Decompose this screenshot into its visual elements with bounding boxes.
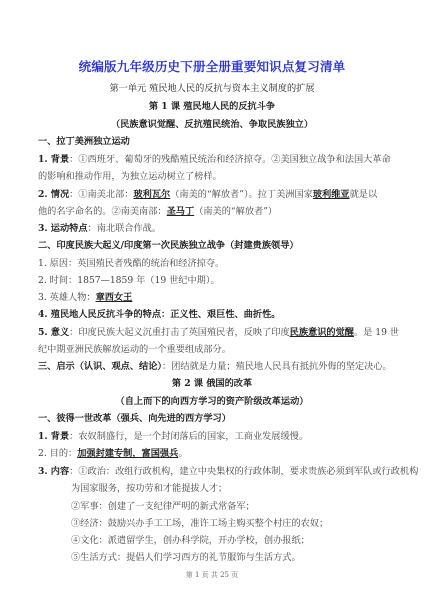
- text-situation-a: ：①南美北部：: [69, 189, 133, 200]
- label-features: 3. 运动特点: [38, 223, 88, 234]
- paragraph-inspiration: 三、启示（认识、观点、结论）：团结就是力量；殖民地人民具有抵抗外侮的坚定决心。: [38, 358, 392, 372]
- document-title: 统编版九年级历史下册全册重要知识点复习清单: [0, 57, 424, 75]
- lesson1-heading: 第 1 课 殖民地人民的反抗斗争: [0, 98, 424, 112]
- label-situation: 2. 情况: [38, 189, 69, 200]
- text-peter-economy: ③经济：鼓励兴办手工工场，准许工场主购买整个村庄的农奴；: [71, 515, 328, 529]
- text-peter-lifestyle: ⑤生活方式：提倡人们学习西方的礼节服饰与生活方式。: [71, 549, 301, 563]
- section-heading-peter: 一、彼得一世改革（强兵、向先进的西方学习）: [38, 410, 231, 424]
- text-peter-politics-b: 为国家服务，按功劳和才能提拔人才；: [71, 480, 227, 494]
- paragraph-situation-cont: 他的名字命名的。②南美南部：圣马丁（南美的“解放者”）: [38, 203, 277, 217]
- label-inspiration: 三、启示（认识、观点、结论）: [38, 361, 162, 372]
- text-india-hero: 3. 英雄人物：: [38, 292, 96, 303]
- text-significance-b: 。是 19 世: [354, 327, 399, 338]
- highlight-national-awakening: 民族意识的觉醒: [290, 327, 354, 338]
- document-page: 统编版九年级历史下册全册重要知识点复习清单 第一单元 殖民地人民的反抗与资本主义…: [0, 0, 424, 600]
- label-peter-content: 3. 内容: [38, 466, 69, 477]
- text-significance-c: 纪中期亚洲民族解放运动的一个重要组成部分。: [38, 341, 231, 355]
- lesson2-heading: 第 2 课 俄国的改革: [0, 375, 424, 389]
- paragraph-background: 1. 背景：①西班牙、葡萄牙的残酷殖民统治和经济掠夺。②美国独立战争和法国大革命: [38, 151, 391, 165]
- text-india-cause: 1. 原因：英国殖民者残酷的统治和经济掠夺。: [38, 255, 224, 269]
- name-bolivia: 玻利维亚: [313, 189, 350, 200]
- text-india-time: 2. 时间：1857—1859 年（19 世纪中期）。: [38, 272, 220, 286]
- paragraph-india-significance: 5. 意义：印度民族大起义沉重打击了英国殖民者，反映了印度民族意识的觉醒。是 1…: [38, 324, 399, 338]
- name-rani: 章西女王: [96, 292, 133, 303]
- text-peter-culture: ④文化：派遣留学生，创办科学院，开办学校，创办报纸；: [71, 532, 310, 546]
- text-situation-e: （南美的“解放者”）: [194, 206, 277, 217]
- paragraph-peter-content: 3. 内容：①政治：改组行政机构，建立中央集权的行政体制，要求贵族必须到军队或行…: [38, 463, 418, 477]
- lesson2-subtitle: （自上而下的向西方学习的资产阶级改革运动）: [0, 393, 424, 407]
- paragraph-situation: 2. 情况：①南美北部：玻利瓦尔（南美的“解放者”）。拉丁美洲国家玻利维亚就是以: [38, 186, 377, 200]
- paragraph-india-hero: 3. 英雄人物：章西女王: [38, 289, 132, 303]
- text-struggle-features: 4. 殖民地人民反抗斗争的特点：正义性、艰巨性、曲折性。: [38, 306, 280, 320]
- text-situation-d: 他的名字命名的。②南美南部：: [38, 206, 167, 217]
- section-heading-latin-america: 一、拉丁美洲独立运动: [38, 133, 130, 147]
- text-peter-purpose: 2. 目的：: [38, 448, 77, 459]
- text-situation-c: 就是以: [350, 189, 378, 200]
- name-san-martin: 圣马丁: [167, 206, 195, 217]
- text-peter-purpose-end: 。: [178, 448, 187, 459]
- text-peter-politics: ：①政治：改组行政机构，建立中央集权的行政体制，要求贵族必须到军队或行政机构: [69, 466, 418, 477]
- highlight-peter-purpose: 加强封建专制，富国强兵: [77, 448, 178, 459]
- text-background-a: ：①西班牙、葡萄牙的残酷殖民统治和经济掠夺。②美国独立战争和法国大革命: [69, 154, 391, 165]
- section-heading-india: 二、印度民族大起义/印度第一次民族独立战争（封建贵族领导）: [38, 237, 299, 251]
- text-background-b: 的影响和推动作用，为独立运动树立了榜样。: [38, 168, 222, 182]
- text-peter-background: ：农奴制盛行，是一个封闭落后的国家，工商业发展缓慢。: [69, 431, 308, 442]
- name-bolivar: 玻利瓦尔: [133, 189, 170, 200]
- text-features: ：南北联合作战。: [88, 223, 162, 234]
- lesson1-subtitle: （民族意识觉醒、反抗殖民统治、争取民族独立）: [0, 116, 424, 130]
- text-situation-b: （南美的“解放者”）。拉丁美洲国家: [170, 189, 313, 200]
- unit-heading: 第一单元 殖民地人民的反抗与资本主义制度的扩展: [0, 80, 424, 94]
- text-inspiration: ：团结就是力量；殖民地人民具有抵抗外侮的坚定决心。: [162, 361, 392, 372]
- paragraph-features: 3. 运动特点：南北联合作战。: [38, 220, 161, 234]
- text-significance-a: ：印度民族大起义沉重打击了英国殖民者，反映了印度: [69, 327, 290, 338]
- label-significance: 5. 意义: [38, 327, 69, 338]
- paragraph-peter-purpose: 2. 目的：加强封建专制，富国强兵。: [38, 445, 188, 459]
- paragraph-peter-background: 1. 背景：农奴制盛行，是一个封闭落后的国家，工商业发展缓慢。: [38, 428, 308, 442]
- label-peter-background: 1. 背景: [38, 431, 69, 442]
- label-background: 1. 背景: [38, 154, 69, 165]
- text-peter-military: ②军事：创建了一支纪律严明的新式常备军；: [71, 498, 255, 512]
- page-number: 第 1 页 共 25 页: [0, 570, 424, 580]
